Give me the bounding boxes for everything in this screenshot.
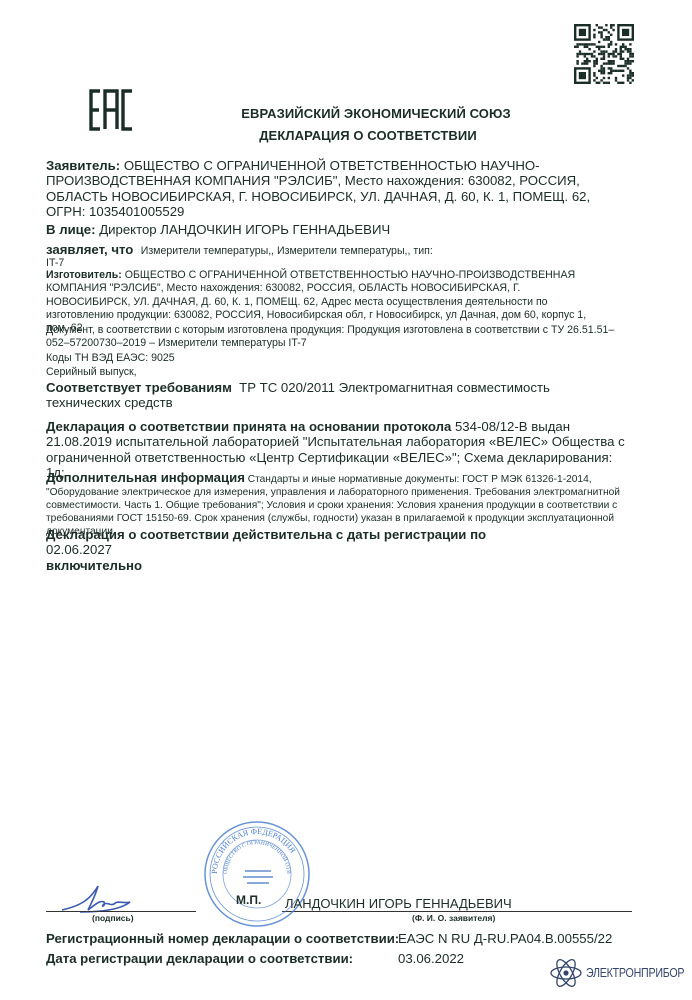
signature-caption: (подпись) xyxy=(92,913,134,923)
document-title: ДЕКЛАРАЦИЯ О СООТВЕТСТВИИ xyxy=(22,128,692,143)
atom-icon xyxy=(549,956,583,990)
footer-logo: ЭЛЕКТРОНПРИБОР xyxy=(549,956,689,990)
production-document: Документ, в соответствии с которым изгот… xyxy=(46,324,636,351)
signature-scribble-icon xyxy=(60,880,150,914)
name-line xyxy=(282,911,632,912)
validity-label: Декларация о соответствии действительна … xyxy=(46,527,486,542)
release-type: Серийный выпуск, xyxy=(46,366,646,379)
registration-date-label: Дата регистрации декларации о соответств… xyxy=(46,951,353,966)
conforms-label: Соответствует требованиям xyxy=(46,380,232,395)
registration-number-label: Регистрационный номер декларации о соотв… xyxy=(46,931,399,946)
validity-suffix: включительно xyxy=(46,558,142,573)
applicant-label: Заявитель: xyxy=(46,158,120,173)
declares-label: заявляет, что xyxy=(46,242,133,257)
represented-by-text: Директор ЛАНДОЧКИН ИГОРЬ ГЕННАДЬЕВИЧ xyxy=(99,222,390,237)
mp-label: М.П. xyxy=(236,893,261,907)
signature-line xyxy=(46,911,196,912)
manufacturer-label: Изготовитель: xyxy=(46,269,122,281)
basis-label: Декларация о соответствии принята на осн… xyxy=(46,419,451,434)
company-seal-icon: РОССИЙСКАЯ ФЕДЕРАЦИЯ ОБЩЕСТВО С ОГРАНИЧЕ… xyxy=(203,820,311,928)
name-caption: (Ф. И. О. заявителя) xyxy=(412,913,495,923)
additional-info-label: Дополнительная информация xyxy=(46,470,245,485)
validity-date: 02.06.2027 xyxy=(46,542,112,557)
signer-name: ЛАНДОЧКИН ИГОРЬ ГЕННАДЬЕВИЧ xyxy=(285,896,512,911)
qr-code-icon xyxy=(574,24,634,94)
represented-by-label: В лице: xyxy=(46,222,96,237)
union-title: ЕВРАЗИЙСКИЙ ЭКОНОМИЧЕСКИЙ СОЮЗ xyxy=(30,106,692,121)
applicant-text: ОБЩЕСТВО С ОГРАНИЧЕННОЙ ОТВЕТСТВЕННОСТЬЮ… xyxy=(46,158,590,219)
registration-date-value: 03.06.2022 xyxy=(398,951,464,966)
declares-section: заявляет, что Измерители температуры,, И… xyxy=(46,242,646,258)
applicant-section: Заявитель: ОБЩЕСТВО С ОГРАНИЧЕННОЙ ОТВЕТ… xyxy=(46,158,631,219)
footer-logo-text: ЭЛЕКТРОНПРИБОР xyxy=(586,965,684,980)
conforms-section: Соответствует требованиям ТР ТС 020/2011… xyxy=(46,380,626,411)
represented-by-section: В лице: Директор ЛАНДОЧКИН ИГОРЬ ГЕННАДЬ… xyxy=(46,222,646,237)
registration-number-value: ЕАЭС N RU Д-RU.PA04.B.00555/22 xyxy=(398,931,612,946)
declares-text: Измерители температуры,, Измерители темп… xyxy=(141,245,433,257)
validity-section: Декларация о соответствии действительна … xyxy=(46,527,526,573)
tn-ved-codes: Коды ТН ВЭД ЕАЭС: 9025 xyxy=(46,352,646,365)
